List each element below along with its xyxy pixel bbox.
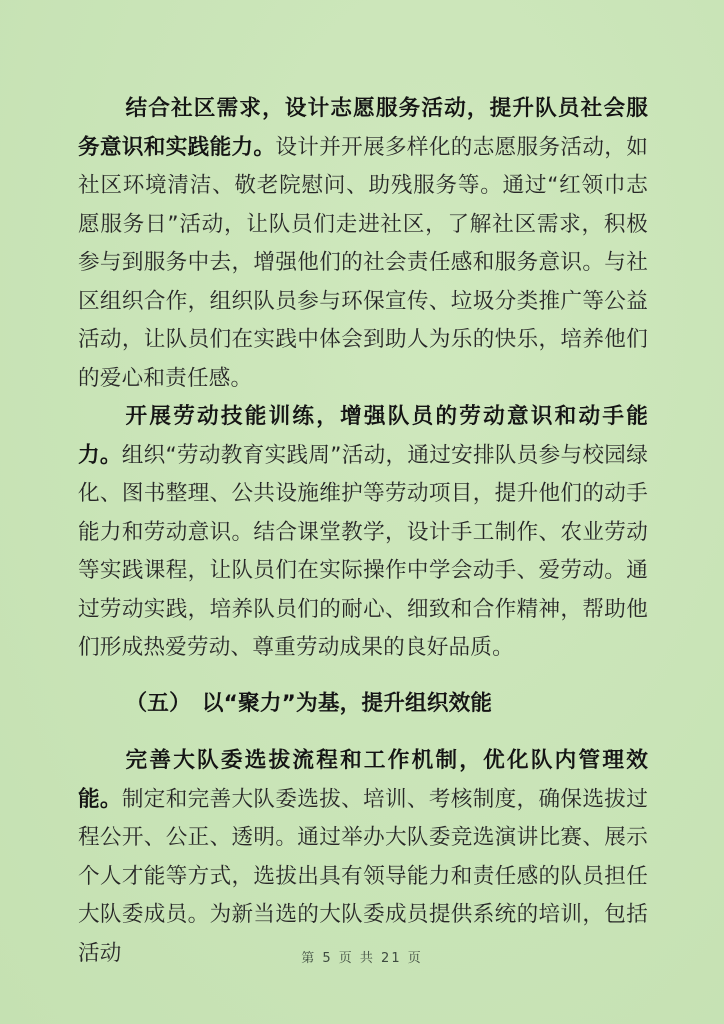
page-content: 结合社区需求，设计志愿服务活动，提升队员社会服务意识和实践能力。设计并开展多样化…: [78, 90, 648, 973]
paragraph-body-text: 组织“劳动教育实践周”活动，通过安排队员参与校园绿化、图书整理、公共设施维护等劳…: [78, 443, 648, 661]
paragraph-body-text: 设计并开展多样化的志愿服务活动，如社区环境清洁、敬老院慰问、助残服务等。通过“红…: [78, 135, 648, 391]
section-heading: （五） 以“聚力”为基，提升组织效能: [78, 685, 648, 724]
page-footer: 第 5 页 共 21 页: [0, 947, 724, 966]
paragraph-body-text: 制定和完善大队委选拔、培训、考核制度，确保选拔过程公开、公正、透明。通过举办大队…: [78, 787, 648, 966]
document-page: 结合社区需求，设计志愿服务活动，提升队员社会服务意识和实践能力。设计并开展多样化…: [0, 0, 724, 1024]
page-number: 第 5 页 共 21 页: [301, 951, 422, 966]
paragraph-labor-skills: 开展劳动技能训练，增强队员的劳动意识和动手能力。组织“劳动教育实践周”活动，通过…: [78, 398, 648, 668]
paragraph-community-service: 结合社区需求，设计志愿服务活动，提升队员社会服务意识和实践能力。设计并开展多样化…: [78, 90, 648, 398]
paragraph-committee-selection: 完善大队委选拔流程和工作机制，优化队内管理效能。制定和完善大队委选拔、培训、考核…: [78, 742, 648, 973]
